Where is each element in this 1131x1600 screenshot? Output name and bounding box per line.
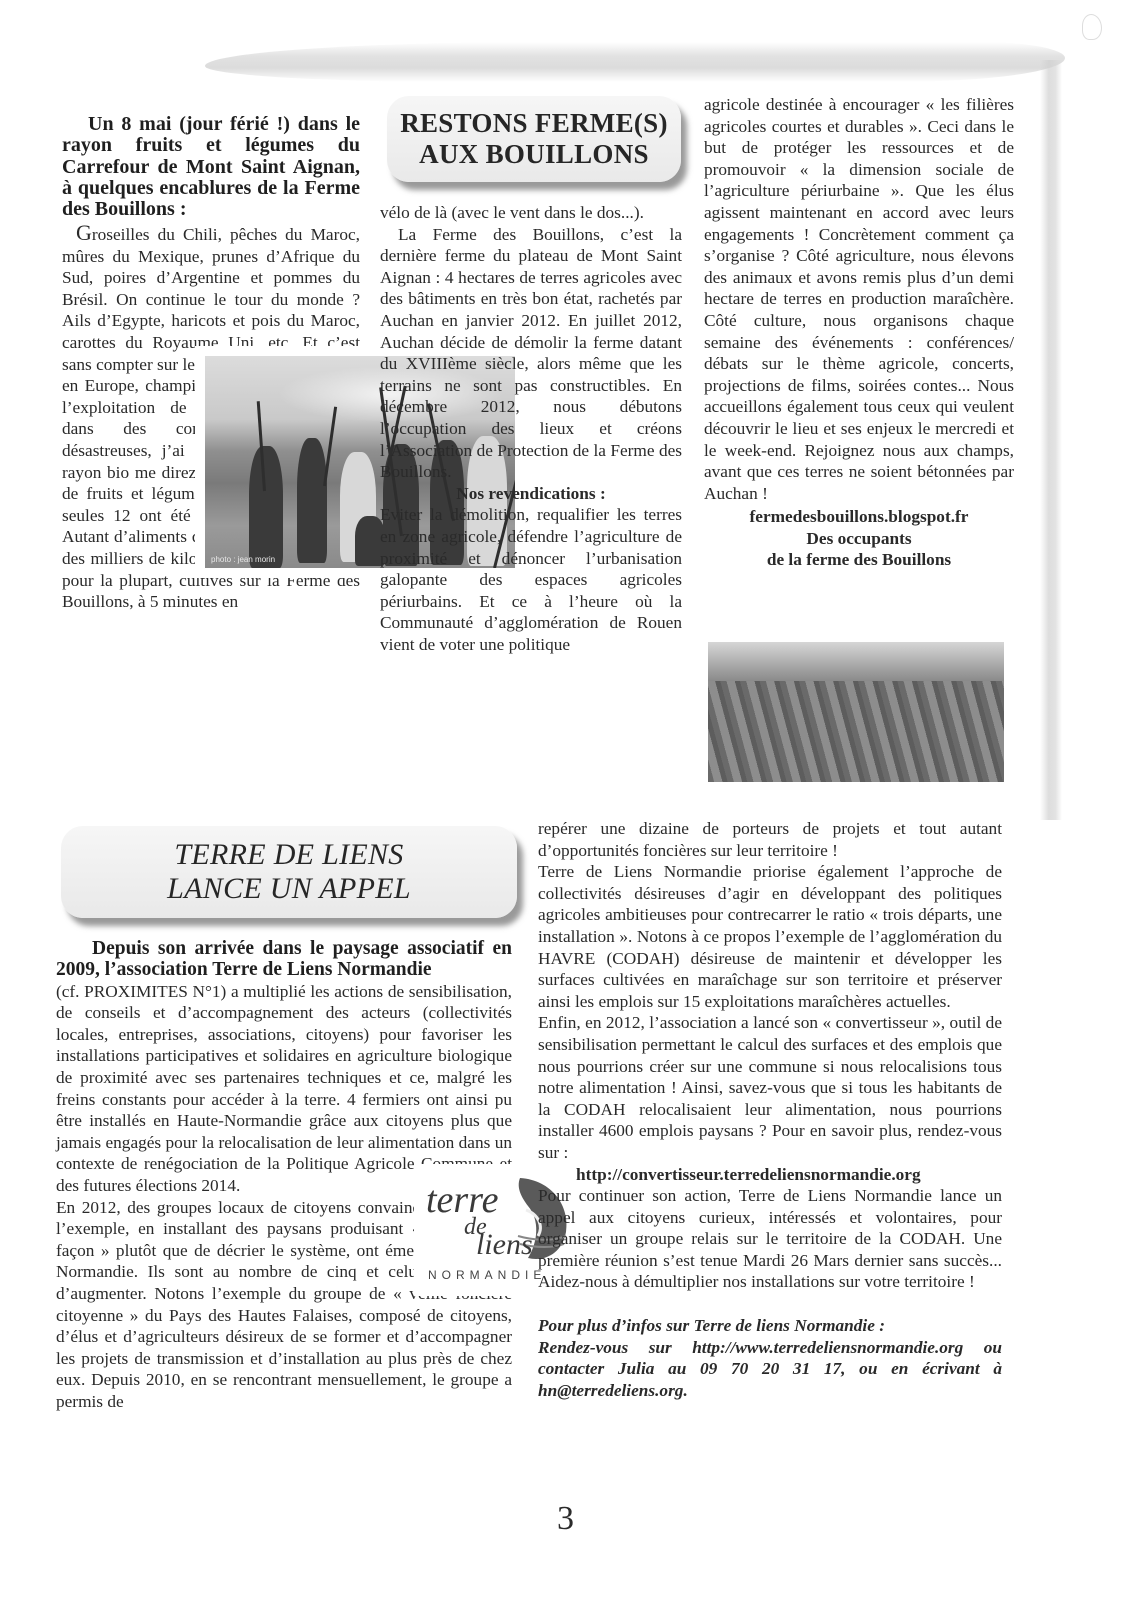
- article1-col3-p1: agricole destinée à encourager « les fil…: [704, 94, 1014, 504]
- logo-word-liens: liens: [476, 1228, 533, 1262]
- article-title-line1: TERRE DE LIENS: [174, 838, 403, 872]
- article2-col2-p3: Enfin, en 2012, l’association a lancé so…: [538, 1012, 1002, 1163]
- article-title-line1: RESTONS FERME(S): [400, 108, 668, 139]
- article1-column1: Un 8 mai (jour férié !) dans le rayon fr…: [62, 114, 360, 220]
- drop-cap: G: [76, 220, 92, 245]
- article1-column3: agricole destinée à encourager « les fil…: [704, 94, 1014, 571]
- article2-col2-p2: Terre de Liens Normandie priorise égalem…: [538, 861, 1002, 1012]
- article2-col2-p4: Pour continuer son action, Terre de Lien…: [538, 1185, 1002, 1293]
- article2-col2-p1: repérer une dizaine de porteurs de proje…: [538, 818, 1002, 861]
- page-number: 3: [0, 1500, 1131, 1538]
- article-title-terre-de-liens: TERRE DE LIENS LANCE UN APPEL: [61, 826, 517, 918]
- article2-column2: repérer une dizaine de porteurs de proje…: [538, 818, 1002, 1401]
- signature-line2: de la ferme des Bouillons: [704, 549, 1014, 571]
- article1-col2-p0: vélo de là (avec le vent dans le dos...)…: [380, 202, 682, 224]
- article1-col2-p1: La Ferme des Bouillons, c’est la dernièr…: [380, 224, 682, 483]
- article2-lead: Depuis son arrivée dans le paysage assoc…: [56, 938, 512, 981]
- photo-field-work: [708, 642, 1004, 782]
- article1-column2: vélo de là (avec le vent dans le dos...)…: [380, 202, 682, 655]
- article-title-restons-ferme: RESTONS FERME(S) AUX BOUILLONS: [387, 96, 681, 182]
- info-line1: Pour plus d’infos sur Terre de liens Nor…: [538, 1315, 1002, 1337]
- signature-line1: Des occupants: [704, 528, 1014, 550]
- demands-heading: Nos revendications :: [380, 483, 682, 505]
- article-title-line2: LANCE UN APPEL: [167, 872, 411, 906]
- scan-brush-right: [1040, 60, 1062, 820]
- blog-link[interactable]: fermedesbouillons.blogspot.fr: [704, 506, 1014, 528]
- converter-link[interactable]: http://convertisseur.terredeliensnormand…: [538, 1164, 1002, 1186]
- article-title-line2: AUX BOUILLONS: [419, 139, 649, 170]
- scan-brush-top: [205, 42, 1065, 82]
- logo-tagline: NORMANDIE: [428, 1268, 546, 1282]
- photo-credit: photo : jean morin: [211, 555, 275, 564]
- article1-col2-p2: Eviter la démolition, requalifier les te…: [380, 504, 682, 655]
- info-line2[interactable]: Rendez-vous sur http://www.terredeliensn…: [538, 1337, 1002, 1402]
- article1-lead: Un 8 mai (jour férié !) dans le rayon fr…: [62, 114, 360, 220]
- scan-corner-mark: [1082, 14, 1102, 40]
- logo-word-terre: terre: [426, 1178, 498, 1222]
- article2-col1-p1: (cf. PROXIMITES N°1) a multiplié les act…: [56, 981, 512, 1197]
